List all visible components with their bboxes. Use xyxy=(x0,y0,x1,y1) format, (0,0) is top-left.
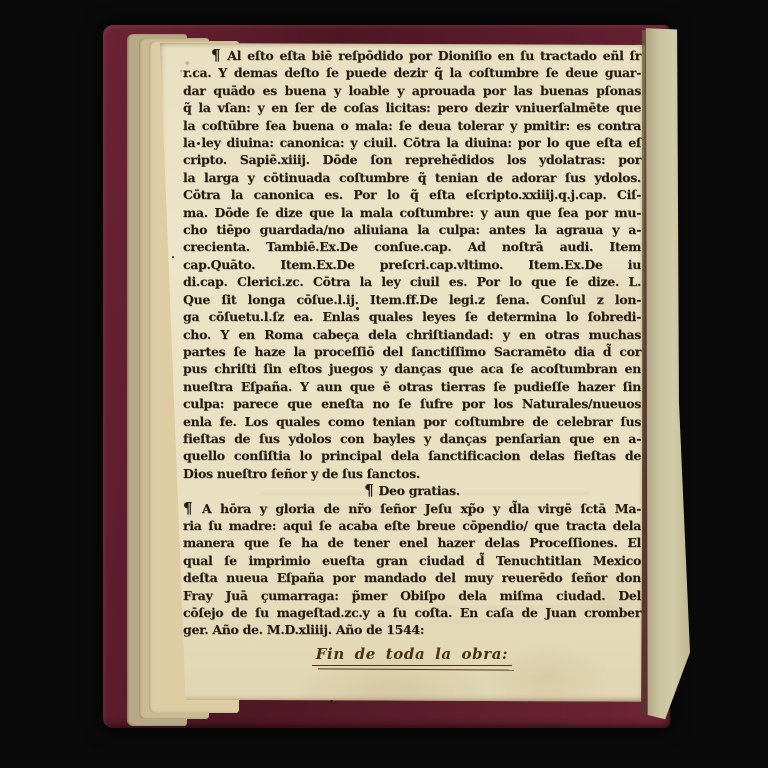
text-line: ¶ Deo gratias. xyxy=(183,482,641,499)
text-line: ¶ Al eſto eſta biē reſpōdido por Dioniſi… xyxy=(183,47,641,64)
text-line: Cōtra la canonica es. Por lo q̃ eſta eſc… xyxy=(183,186,641,203)
text-line: cripto. Sapiē.xiiij. Dōde ſon reprehēdid… xyxy=(183,151,641,168)
text-line: Fray Juā çumarraga: p̃mer Obiſpo dela mi… xyxy=(183,587,641,604)
ink-speck xyxy=(330,700,333,703)
printed-text-block: ¶ Al eſto eſta biē reſpōdido por Dioniſi… xyxy=(183,47,641,639)
text-line: deſta nueua Eſpaña por mandado del muy r… xyxy=(183,569,641,586)
facing-page-edge xyxy=(644,26,690,722)
text-line: ga cōſuetu.l.ſz ea. Enlas quales leyes ſ… xyxy=(183,308,641,325)
handwritten-note: Fin de toda la obra: xyxy=(312,645,512,666)
text-line: manera que ſe ha de tener enel hazer del… xyxy=(183,534,641,551)
text-line: ma. Dōde ſe dize que la mala coſtumbre: … xyxy=(183,204,641,221)
text-line: quello conſiſtia lo principal dela ſanct… xyxy=(183,447,641,464)
text-line: Que ſit longa cōſue.l.ij. Item.ff.De leg… xyxy=(183,291,641,308)
ink-speck xyxy=(172,256,174,258)
text-line: nueſtra Eſpaña. Y aun que ē otras tierra… xyxy=(183,378,641,395)
text-line: ¶ A hōra y gloria de nr̃o ſeñor Jeſu xp̃… xyxy=(183,500,641,517)
text-line: la ley diuina: canonica: y ciuil. Cōtra … xyxy=(183,134,641,151)
text-line: cōſejo de ſu mageſtad.zc.y a ſu coſta. E… xyxy=(183,604,641,621)
pilcrow-mark: ¶ xyxy=(183,499,193,517)
text-line: enla fe. Los quales como tenian por coſt… xyxy=(183,413,641,430)
photo-backdrop: ¶ Al eſto eſta biē reſpōdido por Dioniſi… xyxy=(0,0,768,768)
text-line: cho. Y en Roma cabeça dela chriſtiandad:… xyxy=(183,326,641,343)
text-line: pus chriſti ſin eſtos juegos y danças qu… xyxy=(183,360,641,377)
gutter-crease xyxy=(642,30,646,716)
text-line: r.ca. Y demas deſto ſe puede dezir q̃ la… xyxy=(183,64,641,81)
text-line: ger. Año de. M.D.xliiij. Año de 1544: xyxy=(183,621,641,638)
text-line: cap.Quāto. Item.Ex.De preſcri.cap.vltimo… xyxy=(183,256,641,273)
text-line: qual ſe imprimio eueſta gran ciudad d̃ T… xyxy=(183,552,641,569)
text-line: culpa: parece que eneſta no ſe ſufre por… xyxy=(183,395,641,412)
pilcrow-mark: ¶ xyxy=(211,46,221,64)
text-line: q̃ la vſan: y en ſer de coſas licitas: p… xyxy=(183,99,641,116)
text-line: crecienta. Tambiē.Ex.De conſue.cap. Ad n… xyxy=(183,238,641,255)
text-line: cho tiēpo guardada/no aliuiana la culpa:… xyxy=(183,221,641,238)
text-line: la coſtūbre ſea buena o mala: ſe deua to… xyxy=(183,117,641,134)
text-line: partes ſe haze la proceſſiō del ſanctiſſ… xyxy=(183,343,641,360)
text-line: la larga y cōtinuada coſtumbre q̃ tenian… xyxy=(183,169,641,186)
text-line: fieſtas de ſus ydolos con bayles y dança… xyxy=(183,430,641,447)
text-line: dar quādo es buena y loable y aprouada p… xyxy=(183,82,641,99)
text-line: Dios nueſtro ſeñor y de ſus ſanctos. xyxy=(183,465,641,482)
text-line: di.cap. Clerici.zc. Cōtra la ley ciuil e… xyxy=(183,273,641,290)
text-line: ria ſu madre: aqui ſe acaba eſte breue c… xyxy=(183,517,641,534)
pilcrow-mark: ¶ xyxy=(364,481,374,499)
handwritten-note-row: Fin de toda la obra: xyxy=(183,644,641,666)
